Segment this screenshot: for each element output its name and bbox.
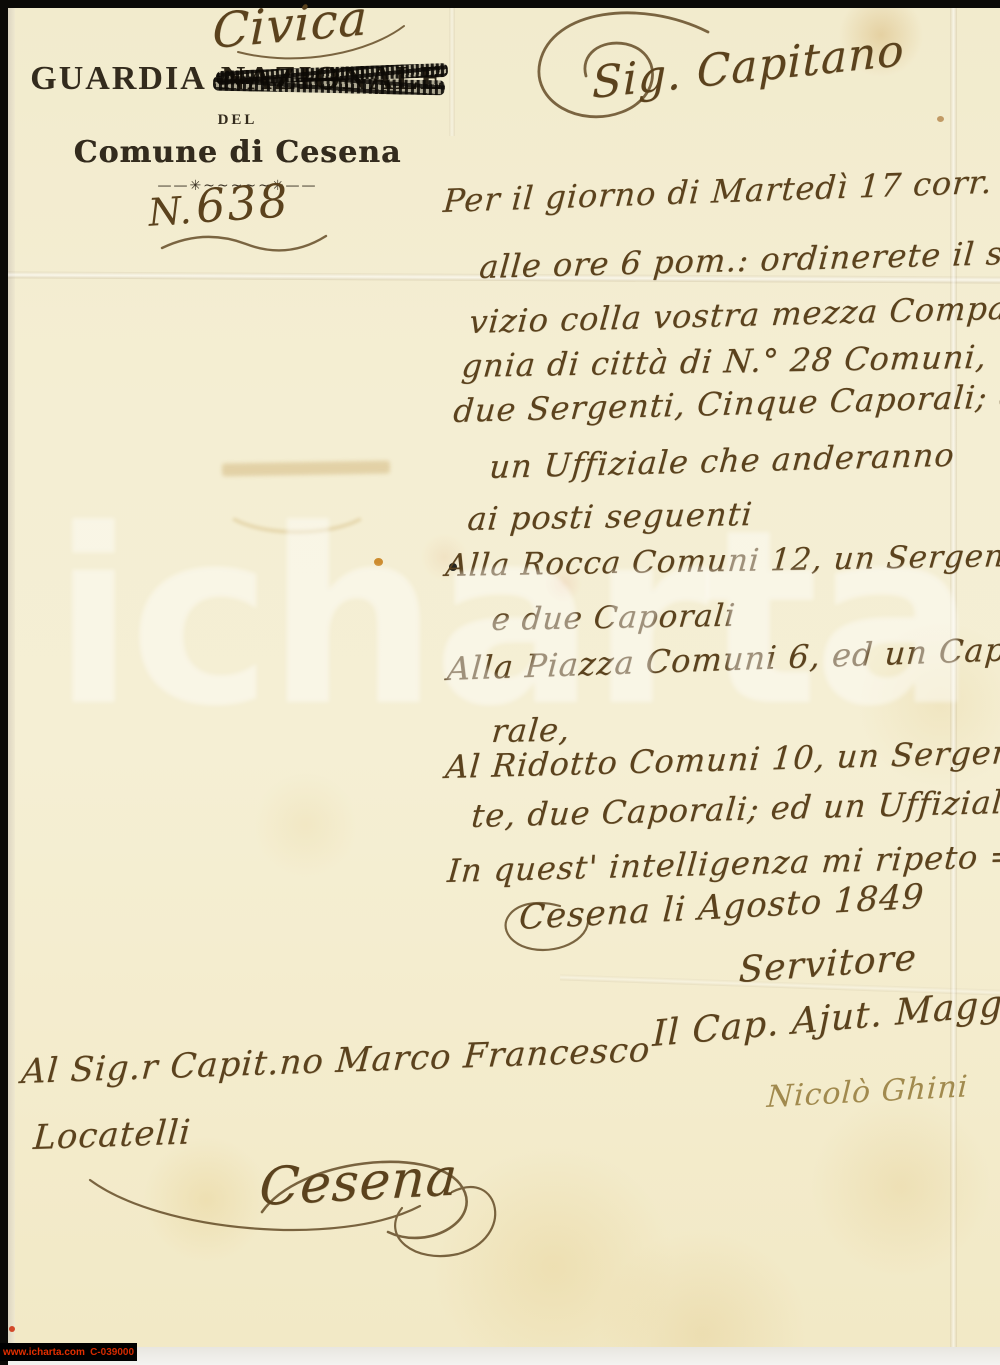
catalog-bar: www.icharta.com C-039000 (0, 1343, 137, 1361)
address-line-2: Locatelli (32, 1112, 192, 1158)
letterhead-municipality: Comune di Cesena (30, 135, 445, 170)
scanner-background (8, 1347, 1000, 1365)
fold-crease-vertical-top (449, 8, 455, 136)
address-line-3: Cesena (258, 1147, 459, 1218)
fold-crease-vertical-right (950, 8, 957, 1347)
foxing-spot-small (937, 116, 944, 122)
red-fleck (9, 1326, 15, 1332)
body-line: ai posti seguenti (466, 495, 754, 538)
foxing-spot-orange (374, 558, 383, 566)
letterhead-title-line: GUARDIANAZIONALE (30, 60, 445, 98)
catalog-site-label: www.icharta.com (3, 1347, 85, 1358)
protocol-label: N. (147, 188, 193, 235)
body-line: e due Caporali (490, 598, 737, 638)
bleedthrough-arc (218, 470, 376, 534)
letterhead-subtitle: DEL (30, 112, 445, 129)
paper-left-edge (8, 8, 15, 1347)
protocol-number: N. 638 (146, 173, 291, 237)
catalog-code-label: C-039000 (90, 1347, 134, 1358)
letterhead-title-word: GUARDIA (30, 60, 206, 97)
letterhead-struck-word: NAZIONALE (221, 60, 445, 98)
protocol-value: 638 (194, 173, 291, 233)
scanned-letter: GUARDIANAZIONALE DEL Comune di Cesena ——… (0, 0, 1000, 1365)
